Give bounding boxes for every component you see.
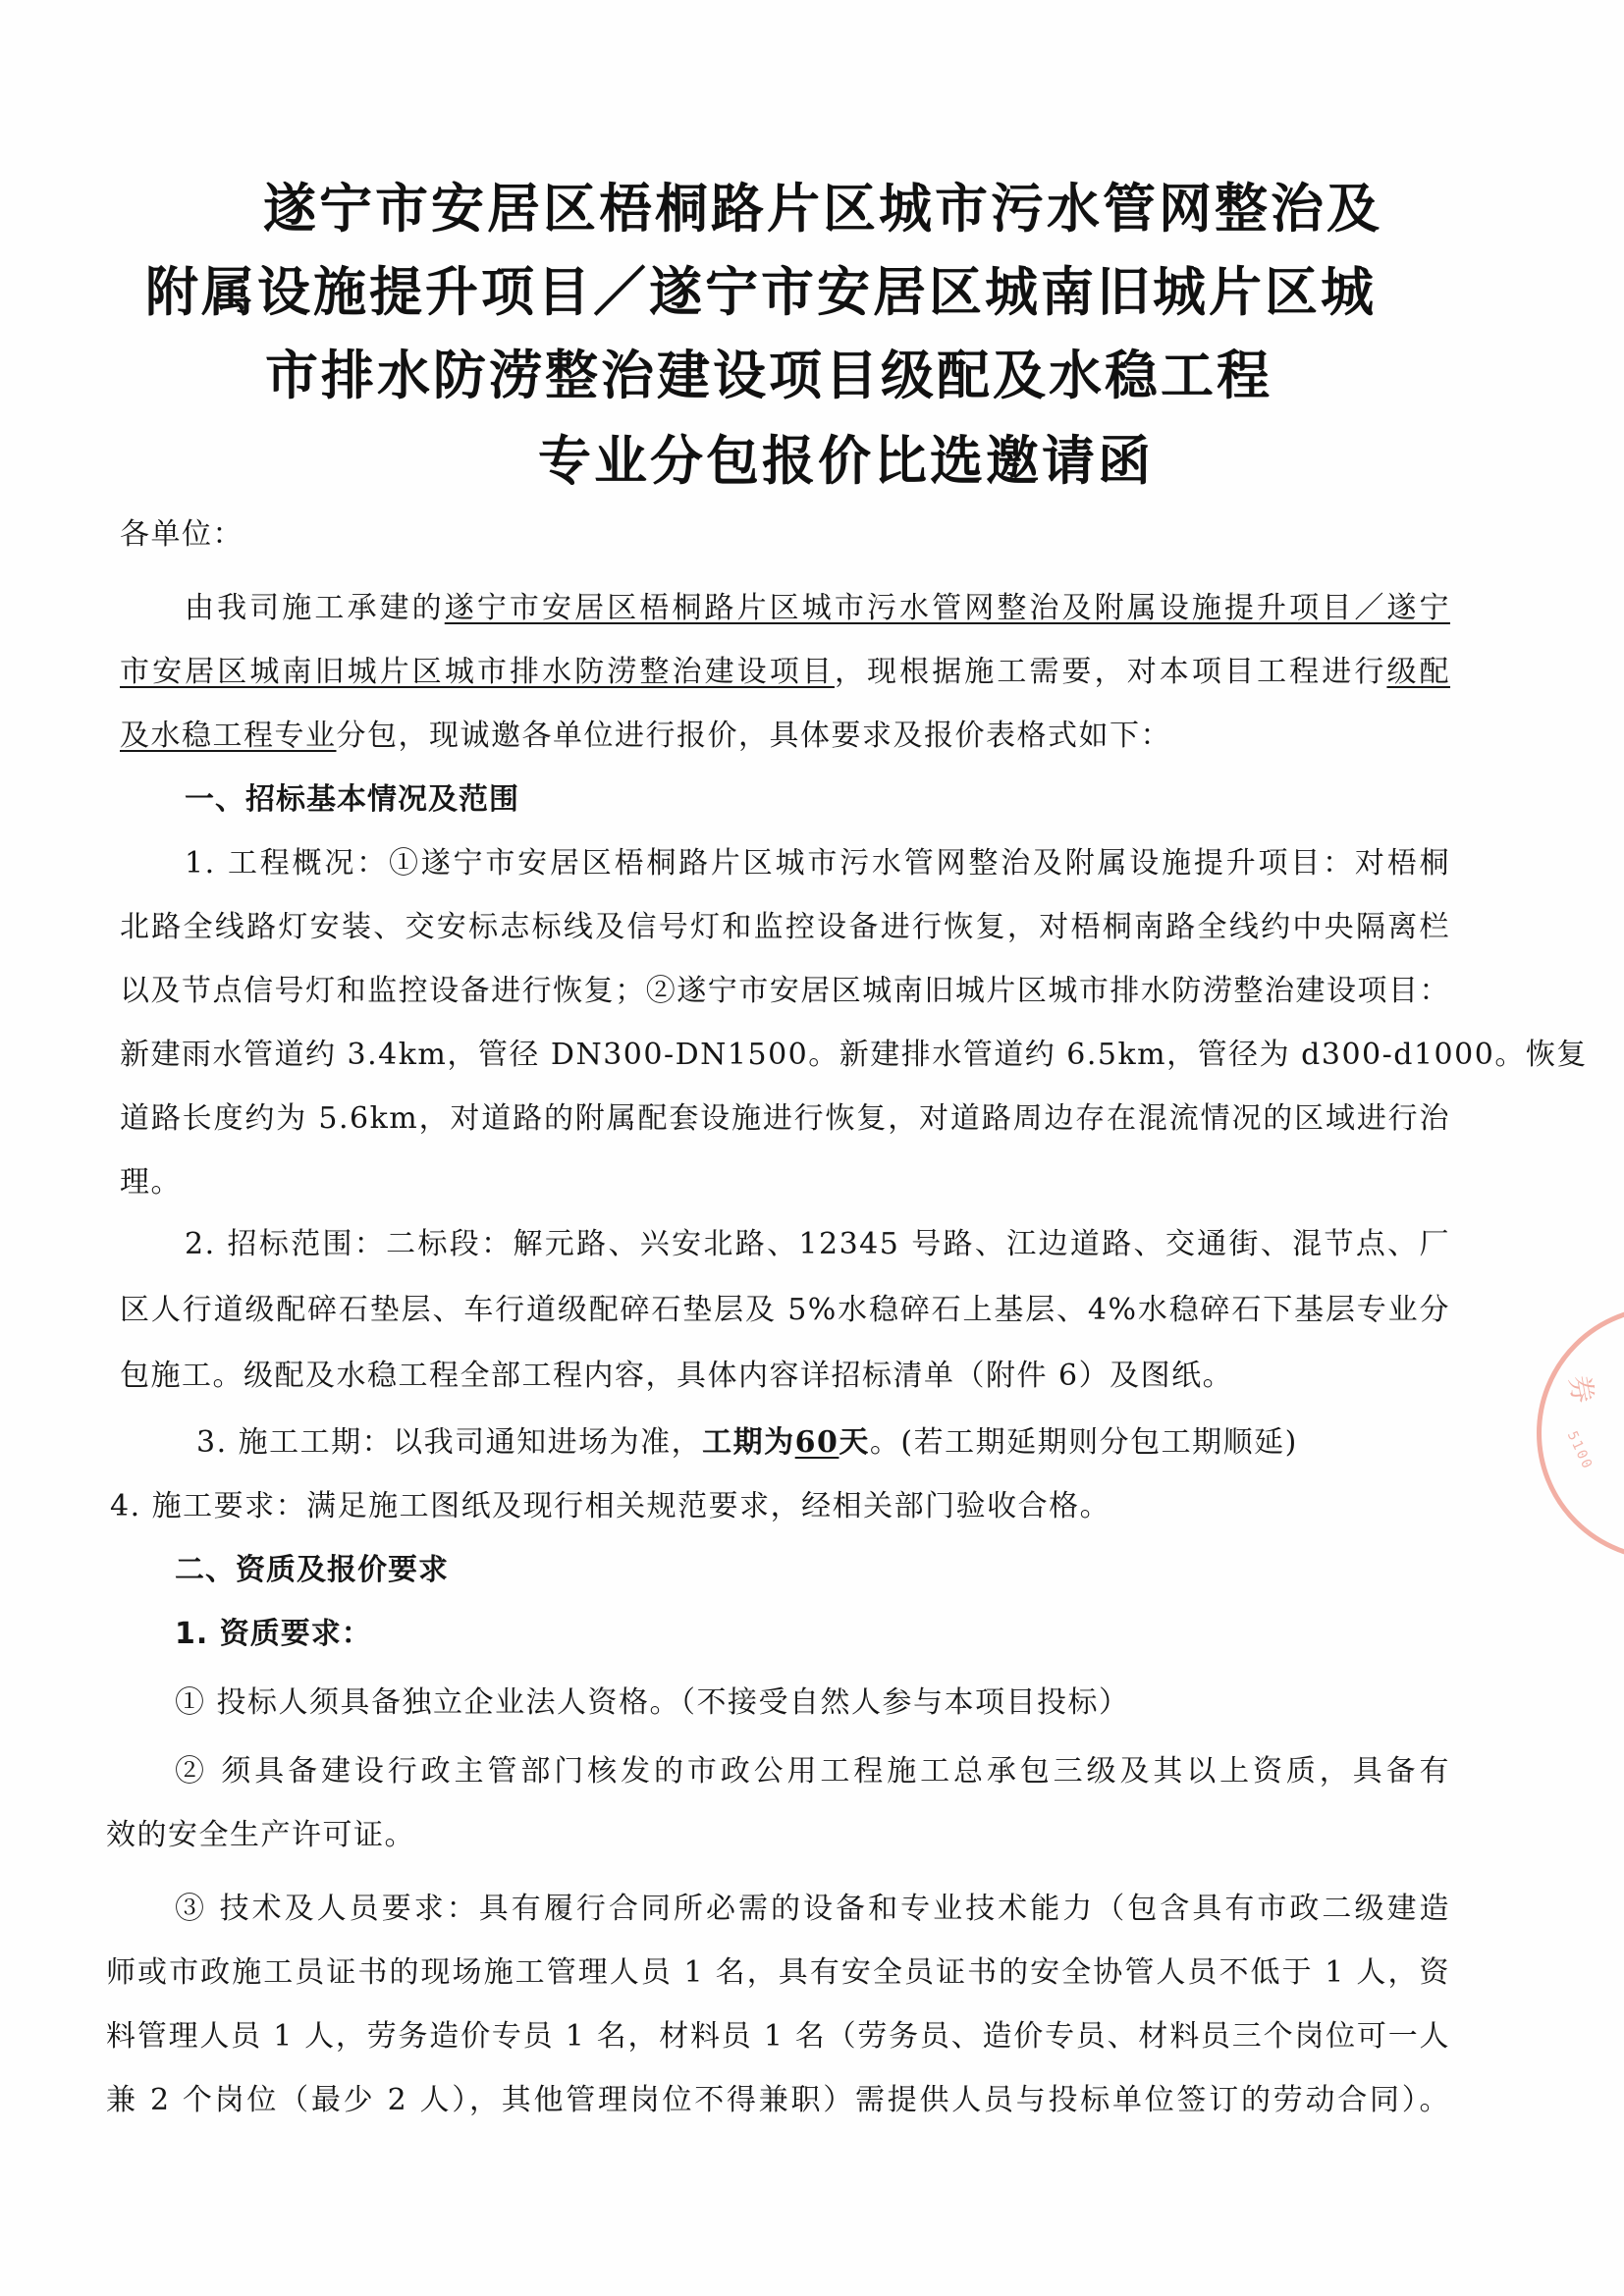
item3-duration: 3. 施工工期：以我司通知进场为准，工期为60天。(若工期延期则分包工期顺延) bbox=[196, 1423, 1450, 1463]
item2-line-2: 区人行道级配碎石垫层、车行道级配碎石垫层及 5%水稳碎石上基层、4%水稳碎石下基… bbox=[120, 1291, 1450, 1330]
item2-line-3: 包施工。级配及水稳工程全部工程内容，具体内容详招标清单（附件 6）及图纸。 bbox=[120, 1357, 1450, 1396]
intro-line-2: 市安居区城南旧城片区城市排水防涝整治建设项目，现根据施工需要，对本项目工程进行级… bbox=[120, 653, 1450, 692]
requirement-2-line-1: ② 须具备建设行政主管部门核发的市政公用工程施工总承包三级及其以上资质，具备有 bbox=[175, 1752, 1450, 1791]
document-page: 遂宁市安居区梧桐路片区城市污水管网整治及 附属设施提升项目／遂宁市安居区城南旧城… bbox=[0, 0, 1624, 2296]
scope-part-a: 级配 bbox=[1386, 655, 1450, 689]
requirement-3-line-1: ③ 技术及人员要求：具有履行合同所必需的设备和专业技术能力（包含具有市政二级建造 bbox=[175, 1890, 1450, 1929]
project-name-part-a: 遂宁市安居区梧桐路片区城市污水管网整治及附属设施提升项目／遂宁 bbox=[445, 591, 1450, 625]
salutation: 各单位： bbox=[120, 515, 1450, 555]
item1-line-3: 以及节点信号灯和监控设备进行恢复；②遂宁市安居区城南旧城片区城市排水防涝整治建设… bbox=[120, 972, 1450, 1011]
intro-prefix: 由我司施工承建的 bbox=[185, 591, 445, 625]
item4-requirements: 4. 施工要求：满足施工图纸及现行相关规范要求，经相关部门验收合格。 bbox=[110, 1487, 1440, 1526]
item3-suffix: 。(若工期延期则分包工期顺延) bbox=[870, 1425, 1298, 1460]
title-line-4: 专业分包报价比选邀请函 bbox=[538, 432, 1154, 491]
intro-line-3: 及水稳工程专业分包，现诚邀各单位进行报价，具体要求及报价表格式如下： bbox=[120, 717, 1450, 756]
qualification-heading: 1. 资质要求： bbox=[175, 1615, 1440, 1654]
item3-bold-label: 工期为 bbox=[702, 1425, 795, 1460]
section-1-heading: 一、招标基本情况及范围 bbox=[185, 780, 1450, 820]
intro-suffix: 分包，现诚邀各单位进行报价，具体要求及报价表格式如下： bbox=[337, 719, 1172, 753]
item3-prefix: 3. 施工工期：以我司通知进场为准， bbox=[196, 1425, 702, 1460]
requirement-3-line-2: 师或市政施工员证书的现场施工管理人员 1 名，具有安全员证书的安全协管人员不低于… bbox=[106, 1953, 1450, 1993]
requirement-2-line-2: 效的安全生产许可证。 bbox=[106, 1816, 1436, 1855]
project-name-part-b: 市安居区城南旧城片区城市排水防涝整治建设项目 bbox=[120, 655, 835, 689]
duration-unit: 天 bbox=[839, 1425, 870, 1460]
item1-line-1: 1. 工程概况：①遂宁市安居区梧桐路片区城市污水管网整治及附属设施提升项目：对梧… bbox=[185, 844, 1450, 883]
item1-line-5: 道路长度约为 5.6km，对道路的附属配套设施进行恢复，对道路周边存在混流情况的… bbox=[120, 1099, 1450, 1139]
title-line-2: 附属设施提升项目／遂宁市安居区城南旧城片区城 bbox=[145, 263, 1377, 322]
requirement-3-line-3: 料管理人员 1 人，劳务造价专员 1 名，材料员 1 名（劳务员、造价专员、材料… bbox=[106, 2017, 1450, 2056]
item1-line-2: 北路全线路灯安装、交安标志标线及信号灯和监控设备进行恢复，对梧桐南路全线约中央隔… bbox=[120, 908, 1450, 947]
item1-line-4: 新建雨水管道约 3.4km，管径 DN300-DN1500。新建排水管道约 6.… bbox=[120, 1036, 1450, 1075]
intro-line-1: 由我司施工承建的遂宁市安居区梧桐路片区城市污水管网整治及附属设施提升项目／遂宁 bbox=[185, 589, 1450, 628]
duration-days: 60 bbox=[795, 1425, 839, 1460]
item2-line-1: 2. 招标范围：二标段：解元路、兴安北路、12345 号路、江边道路、交通街、混… bbox=[185, 1225, 1450, 1264]
intro-middle: ，现根据施工需要，对本项目工程进行 bbox=[835, 655, 1387, 689]
title-line-1: 遂宁市安居区梧桐路片区城市污水管网整治及 bbox=[263, 180, 1382, 239]
section-2-heading: 二、资质及报价要求 bbox=[175, 1551, 1440, 1590]
title-line-3: 市排水防涝整治建设项目级配及水稳工程 bbox=[265, 347, 1272, 405]
item1-line-6: 理。 bbox=[120, 1163, 1450, 1202]
requirement-3-line-4: 兼 2 个岗位（最少 2 人），其他管理岗位不得兼职）需提供人员与投标单位签订的… bbox=[106, 2081, 1450, 2120]
scope-part-b: 及水稳工程专业 bbox=[120, 719, 337, 753]
requirement-1: ① 投标人须具备独立企业法人资格。（不接受自然人参与本项目投标） bbox=[175, 1683, 1440, 1723]
